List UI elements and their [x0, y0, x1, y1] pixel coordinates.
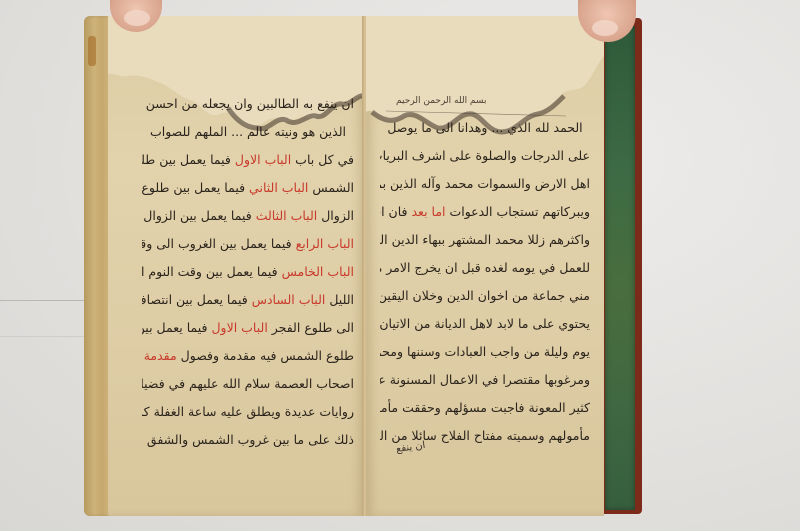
- rubric-heading: الباب الاول: [211, 320, 267, 335]
- rubric-heading: الباب الثاني: [249, 180, 308, 195]
- text-run: الزوال: [317, 208, 354, 223]
- text-run: ويبركاتهم تستجاب الدعوات: [446, 204, 590, 219]
- thumbnail-nail: [592, 20, 618, 36]
- text-line: للعمل في يومه لغده قبل ان يخرج الامر من …: [380, 254, 590, 282]
- thumbnail-nail: [124, 10, 150, 26]
- rubric-heading: الباب الرابع: [296, 236, 354, 251]
- text-line: الباب الرابع فيما يعمل بين الغروب الى وق…: [142, 230, 354, 258]
- text-line: مني جماعة من اخوان الدين وخلان اليقين تا…: [380, 282, 590, 310]
- text-run: الى طلوع الفجر: [268, 320, 354, 335]
- text-line: الباب الخامس فيما يعمل بين وقت النوم الى…: [142, 258, 354, 286]
- text-run: طلوع الشمس فيه مقدمة وفصول: [177, 348, 354, 363]
- text-run: فيما يعمل بين طلوع الشمس الى: [142, 180, 249, 195]
- left-page-text: ان ينفع به الطالبين وان يجعله من احسن ما…: [142, 90, 354, 454]
- text-run: الشمس: [308, 180, 354, 195]
- text-run: فيما يعمل بين الزوال الى الغروب: [142, 208, 256, 223]
- right-cover-green-paper: [605, 26, 635, 510]
- text-run: فان اقل العباد عملا: [380, 204, 411, 219]
- text-line: على الدرجات والصلوة على اشرف البريات واف…: [380, 142, 590, 170]
- text-line: يوم وليلة من واجب العبادات وسننها ومحمود…: [380, 338, 590, 366]
- text-line: الذين هو ونيته عالم ... الملهم للصواب: [142, 118, 354, 146]
- rubric-heading: الباب السادس: [252, 292, 326, 307]
- text-line: طلوع الشمس فيه مقدمة وفصول مقدمة فاورد ع…: [142, 342, 354, 370]
- text-line: الى طلوع الفجر الباب الاول فيما يعمل بين…: [142, 314, 354, 342]
- text-run: فيما يعمل بين الغروب الى وقت النوم: [142, 236, 296, 251]
- right-page: بسم الله الرحمن الرحيم الحمد لله الذي ..…: [366, 16, 604, 516]
- rubric-heading: الباب الخامس: [282, 264, 354, 279]
- right-page-text: الحمد لله الذي ... وهدانا الى ما يوصل عل…: [380, 114, 590, 450]
- text-run: فيما يعمل بين انتصاف الليل: [142, 292, 252, 307]
- rubric-heading: الباب الاول: [235, 152, 291, 167]
- text-line: الشمس الباب الثاني فيما يعمل بين طلوع ال…: [142, 174, 354, 202]
- rubric-heading: مقدمة: [144, 348, 177, 363]
- text-line: الليل الباب السادس فيما يعمل بين انتصاف …: [142, 286, 354, 314]
- text-line: الزوال الباب الثالث فيما يعمل بين الزوال…: [142, 202, 354, 230]
- text-line: ان ينفع به الطالبين وان يجعله من احسن ما…: [142, 90, 354, 118]
- text-line: كثير المعونة فاجبت مسؤلهم وحققت مأمولهم …: [380, 394, 590, 422]
- text-run: الليل: [325, 292, 354, 307]
- text-line: اصحاب العصمة سلام الله عليهم في فضيلة هذ…: [142, 370, 354, 398]
- text-line: واكثرهم زللا محمد المشتهر ببهاء الدين ال…: [380, 226, 590, 254]
- text-line: ومرغوبها مقتصرا في الاعمال المسنونة على …: [380, 366, 590, 394]
- text-line: الحمد لله الذي ... وهدانا الى ما يوصل: [380, 114, 590, 142]
- text-line: ذلك على ما بين غروب الشمس والشفق ايضا وي…: [142, 426, 354, 454]
- left-page: ان ينفع به الطالبين وان يجعله من احسن ما…: [108, 16, 364, 516]
- text-line: روايات عديدة ويطلق عليه ساعة الغفلة كما …: [142, 398, 354, 426]
- text-run: فيما يعمل بين وقت النوم الى انتصاف: [142, 264, 282, 279]
- text-line: اهل الارض والسموات محمد وآله الذين بموال…: [380, 170, 590, 198]
- rubric-heading: اما بعد: [411, 204, 445, 219]
- text-run: في كل باب: [291, 152, 354, 167]
- heading-basmala: بسم الله الرحمن الرحيم: [396, 96, 486, 106]
- text-line: يحتوي على ما لابد لاهل الديانة من الاتيا…: [380, 310, 590, 338]
- text-run: فيما يعمل بين طلوع الفجر الى طلوع: [142, 152, 235, 167]
- text-line: في كل باب الباب الاول فيما يعمل بين طلوع…: [142, 146, 354, 174]
- stain: [88, 36, 96, 66]
- open-manuscript: ان ينفع به الطالبين وان يجعله من احسن ما…: [84, 8, 644, 518]
- text-line: ويبركاتهم تستجاب الدعوات اما بعد فان اقل…: [380, 198, 590, 226]
- rubric-heading: الباب الثالث: [256, 208, 318, 223]
- text-run: فيما يعمل بين طلوع الفجر الى: [142, 320, 211, 335]
